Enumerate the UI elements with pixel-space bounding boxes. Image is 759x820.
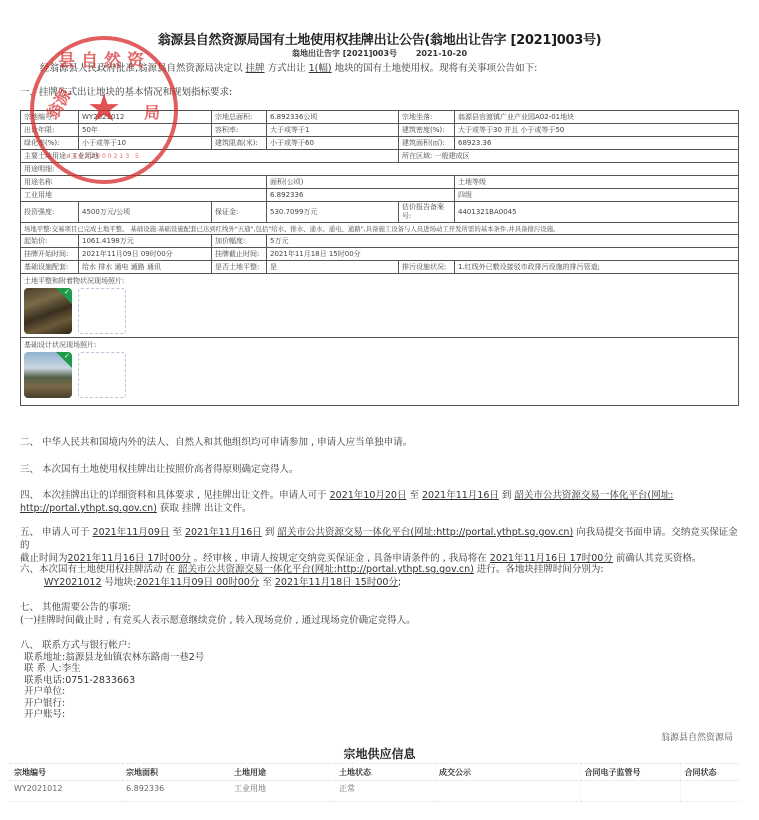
photos-site-leveling: 土地平整和附着物状况现场照片: ✓ <box>21 274 739 338</box>
doc-number: 翁地出让告字 [2021]003号 <box>292 49 397 58</box>
contact-title: 八、 联系方式与银行帐户: <box>20 640 204 652</box>
table-row: 土地平整和附着物状况现场照片: ✓ <box>21 274 739 338</box>
label-deposit: 保证金: <box>212 202 267 223</box>
table-row: 用途名称 面积(公顷) 土地等级 <box>21 176 739 189</box>
region: 所在区域: 一般建成区 <box>399 150 739 163</box>
table-row: 出让年限: 50年 容积率: 大于或等于1 建筑密度(%): 大于或等于30 并… <box>21 124 739 137</box>
value-height-limit: 小于或等于60 <box>267 137 399 150</box>
value-listing-end: 2021年11月18日 15时00分 <box>267 248 739 261</box>
label-listing-end: 挂牌截止时间: <box>212 248 267 261</box>
date-end: 2021年11月16日 <box>185 527 262 538</box>
contact-person: 联 系 人:李生 <box>20 663 204 675</box>
platform-link[interactable]: 韶关市公共资源交易一体化平台(网址:http://portal.ythpt.sg… <box>277 527 573 538</box>
value-deposit: 530.7099万元 <box>267 202 399 223</box>
account-unit: 开户单位: <box>20 686 204 698</box>
cell-deal-notice <box>435 781 580 802</box>
label-increment: 加价幅度: <box>212 235 267 248</box>
paragraph-4: 四、 本次挂牌出让的详细资料和具体要求 , 见挂牌出让文件。申请人可于 2021… <box>20 489 740 515</box>
label-term: 出让年限: <box>21 124 79 137</box>
value-green-rate: 小于或等于10 <box>79 137 212 150</box>
main-land-use: 主要土地用途: 工业用地 <box>21 150 399 163</box>
label-total-area: 宗地总面积: <box>212 111 267 124</box>
contact-address: 联系地址:翁源县龙仙镇农林东路南一巷2号 <box>20 652 204 664</box>
col-contract-status: 合同状态 <box>680 764 740 781</box>
col-land-status: 土地状态 <box>335 764 435 781</box>
value-use-name: 工业用地 <box>21 189 267 202</box>
infrastructure-photo-thumbnail[interactable]: ✓ <box>24 352 72 398</box>
table-row: 绿化率(%): 小于或等于10 建筑限高(米): 小于或等于60 建筑面积(㎡)… <box>21 137 739 150</box>
check-icon: ✓ <box>64 353 70 360</box>
supply-info-title: 宗地供应信息 <box>0 745 759 762</box>
col-parcel-area: 宗地面积 <box>122 764 230 781</box>
table-row: 宗地编号: WY2021012 宗地总面积: 6.892336公顷 宗地坐落: … <box>21 111 739 124</box>
issuer-signature: 翁源县自然资源局 <box>661 730 733 743</box>
cell-contract-status <box>680 781 740 802</box>
value-area: 6.892336 <box>267 189 455 202</box>
label-sewage: 排污设施状况: <box>399 261 455 274</box>
value-leveled: 是 <box>267 261 399 274</box>
label-infrastructure: 基础设施配套: <box>21 261 79 274</box>
value-start-price: 1061.4198万元 <box>79 235 212 248</box>
table-row: 主要土地用途: 工业用地 所在区域: 一般建成区 <box>21 150 739 163</box>
table-row: 挂牌开始时间: 2021年11月09日 09时00分 挂牌截止时间: 2021年… <box>21 248 739 261</box>
label-plot-ratio: 容积率: <box>212 124 267 137</box>
header-land-grade: 土地等级 <box>455 176 739 189</box>
photo-row: ✓ <box>24 352 735 398</box>
value-total-area: 6.892336公顷 <box>267 111 399 124</box>
site-conditions: 场地平整:交易项目已完成土地平整。 基础设施:基础设施配套已达到红线外"五通",… <box>21 223 739 235</box>
value-increment: 5万元 <box>267 235 739 248</box>
supply-info-table: 宗地编号 宗地面积 土地用途 土地状态 成交公示 合同电子监管号 合同状态 WY… <box>10 763 740 802</box>
value-plot-ratio: 大于或等于1 <box>267 124 399 137</box>
cell-contract-id <box>580 781 680 802</box>
value-sewage: 1.红线外已敷设接驳市政排污设施的排污管道; <box>455 261 739 274</box>
header-area: 面积(公顷) <box>267 176 455 189</box>
check-icon: ✓ <box>64 289 70 296</box>
contact-section: 八、 联系方式与银行帐户: 联系地址:翁源县龙仙镇农林东路南一巷2号 联 系 人… <box>20 640 204 721</box>
paragraph-3: 三、 本次国有土地使用权挂牌出让按照价高者得原则确定竞得人。 <box>20 463 740 476</box>
empty-photo-slot[interactable] <box>78 352 126 398</box>
value-density: 大于或等于30 并且 小于或等于50 <box>455 124 739 137</box>
table-row: 用途明细: <box>21 163 739 176</box>
parcel-count: 1(幅) <box>309 63 332 74</box>
label-height-limit: 建筑限高(米): <box>212 137 267 150</box>
table-row: WY2021012 6.892336 工业用地 正常 <box>10 781 740 802</box>
value-location: 翁源县官渡镇广业产业园A02-01地块 <box>455 111 739 124</box>
section-1-heading: 一、挂牌方式出让地块的基本情况和规划指标要求: <box>20 84 232 98</box>
label-parcel-no: 宗地编号: <box>21 111 79 124</box>
header-use-name: 用途名称 <box>21 176 267 189</box>
value-parcel-no: WY2021012 <box>79 111 212 124</box>
doc-subtitle: 翁地出让告字 [2021]003号 2021-10-20 <box>0 48 759 59</box>
photos-label: 基础设计状况现场照片: <box>24 340 735 350</box>
paragraph-7-title: 七、 其他需要公告的事项: <box>20 601 740 614</box>
table-row: 工业用地 6.892336 四级 <box>21 189 739 202</box>
date-end: 2021年11月16日 <box>422 490 499 501</box>
table-row: 投资强度: 4500万元/公顷 保证金: 530.7099万元 估价报告备案号:… <box>21 202 739 223</box>
value-term: 50年 <box>79 124 212 137</box>
cell-parcel-area: 6.892336 <box>122 781 230 802</box>
label-start-price: 起始价: <box>21 235 79 248</box>
table-row: 场地平整:交易项目已完成土地平整。 基础设施:基础设施配套已达到红线外"五通",… <box>21 223 739 235</box>
value-listing-start: 2021年11月09日 09时00分 <box>79 248 212 261</box>
method: 挂牌 <box>246 63 265 74</box>
col-contract-id: 合同电子监管号 <box>580 764 680 781</box>
date-start: 2021年10月20日 <box>330 490 407 501</box>
label-leveled: 是否土地平整: <box>212 261 267 274</box>
paragraph-7-item: (一)挂牌时间截止时 , 有竞买人表示愿意继续竞价 , 转入现场竞价 , 通过现… <box>20 614 740 627</box>
portal-url-link[interactable]: http://portal.ythpt.sg.gov.cn) <box>20 503 157 514</box>
listing-end: 2021年11月18日 15时00分 <box>275 577 398 588</box>
empty-photo-slot[interactable] <box>78 288 126 334</box>
value-land-grade: 四级 <box>455 189 739 202</box>
cell-parcel-no: WY2021012 <box>10 781 122 802</box>
site-photo-thumbnail[interactable]: ✓ <box>24 288 72 334</box>
value-floor-area: 68923.36 <box>455 137 739 150</box>
label-green-rate: 绿化率(%): <box>21 137 79 150</box>
table-row: 起始价: 1061.4198万元 加价幅度: 5万元 <box>21 235 739 248</box>
parcel-id: WY2021012 <box>44 577 102 588</box>
use-detail-label: 用途明细: <box>21 163 739 176</box>
platform-link[interactable]: 韶关市公共资源交易一体化平台(网址:http://portal.ythpt.sg… <box>178 564 474 575</box>
photos-infrastructure: 基础设计状况现场照片: ✓ <box>21 338 739 406</box>
table-row: 基础设施配套: 给水 排水 通电 通路 通讯 是否土地平整: 是 排污设施状况:… <box>21 261 739 274</box>
doc-date: 2021-10-20 <box>416 49 467 58</box>
col-deal-notice: 成交公示 <box>435 764 580 781</box>
paragraph-5: 五、 申请人可于 2021年11月09日 至 2021年11月16日 到 韶关市… <box>20 526 740 565</box>
bank-name: 开户银行: <box>20 698 204 710</box>
parcel-info-table: 宗地编号: WY2021012 宗地总面积: 6.892336公顷 宗地坐落: … <box>20 110 739 406</box>
table-row: 基础设计状况现场照片: ✓ <box>21 338 739 406</box>
paragraph-6: 六、本次国有土地使用权挂牌活动 在 韶关市公共资源交易一体化平台(网址:http… <box>20 563 740 589</box>
cell-land-status: 正常 <box>335 781 435 802</box>
account-number: 开户账号: <box>20 709 204 721</box>
label-investment: 投资强度: <box>21 202 79 223</box>
label-appraisal-no: 估价报告备案号: <box>399 202 455 223</box>
date-start: 2021年11月09日 <box>93 527 170 538</box>
platform-link[interactable]: 韶关市公共资源交易一体化平台(网址: <box>514 490 673 501</box>
label-listing-start: 挂牌开始时间: <box>21 248 79 261</box>
value-investment: 4500万元/公顷 <box>79 202 212 223</box>
col-parcel-no: 宗地编号 <box>10 764 122 781</box>
table-header-row: 宗地编号 宗地面积 土地用途 土地状态 成交公示 合同电子监管号 合同状态 <box>10 764 740 781</box>
paragraph-2: 二、 中华人民共和国境内外的法人、自然人和其他组织均可申请参加 , 申请人应当单… <box>20 436 740 449</box>
page-title: 翁源县自然资源局国有土地使用权挂牌出让公告(翁地出让告字 [2021]003号) <box>0 29 759 48</box>
listing-start: 2021年11月09日 00时00分 <box>136 577 259 588</box>
contact-phone: 联系电话:0751-2833663 <box>20 675 204 687</box>
cell-land-use: 工业用地 <box>230 781 335 802</box>
value-infrastructure: 给水 排水 通电 通路 通讯 <box>79 261 212 274</box>
intro-paragraph: 经翁源县人民政府批准,翁源县自然资源局决定以 挂牌 方式出让 1(幅) 地块的国… <box>40 60 537 74</box>
photos-label: 土地平整和附着物状况现场照片: <box>24 276 735 286</box>
value-appraisal-no: 4401321BA0045 <box>455 202 739 223</box>
label-location: 宗地坐落: <box>399 111 455 124</box>
label-density: 建筑密度(%): <box>399 124 455 137</box>
label-floor-area: 建筑面积(㎡): <box>399 137 455 150</box>
paragraph-7: 七、 其他需要公告的事项: (一)挂牌时间截止时 , 有竞买人表示愿意继续竞价 … <box>20 601 740 627</box>
photo-row: ✓ <box>24 288 735 334</box>
col-land-use: 土地用途 <box>230 764 335 781</box>
